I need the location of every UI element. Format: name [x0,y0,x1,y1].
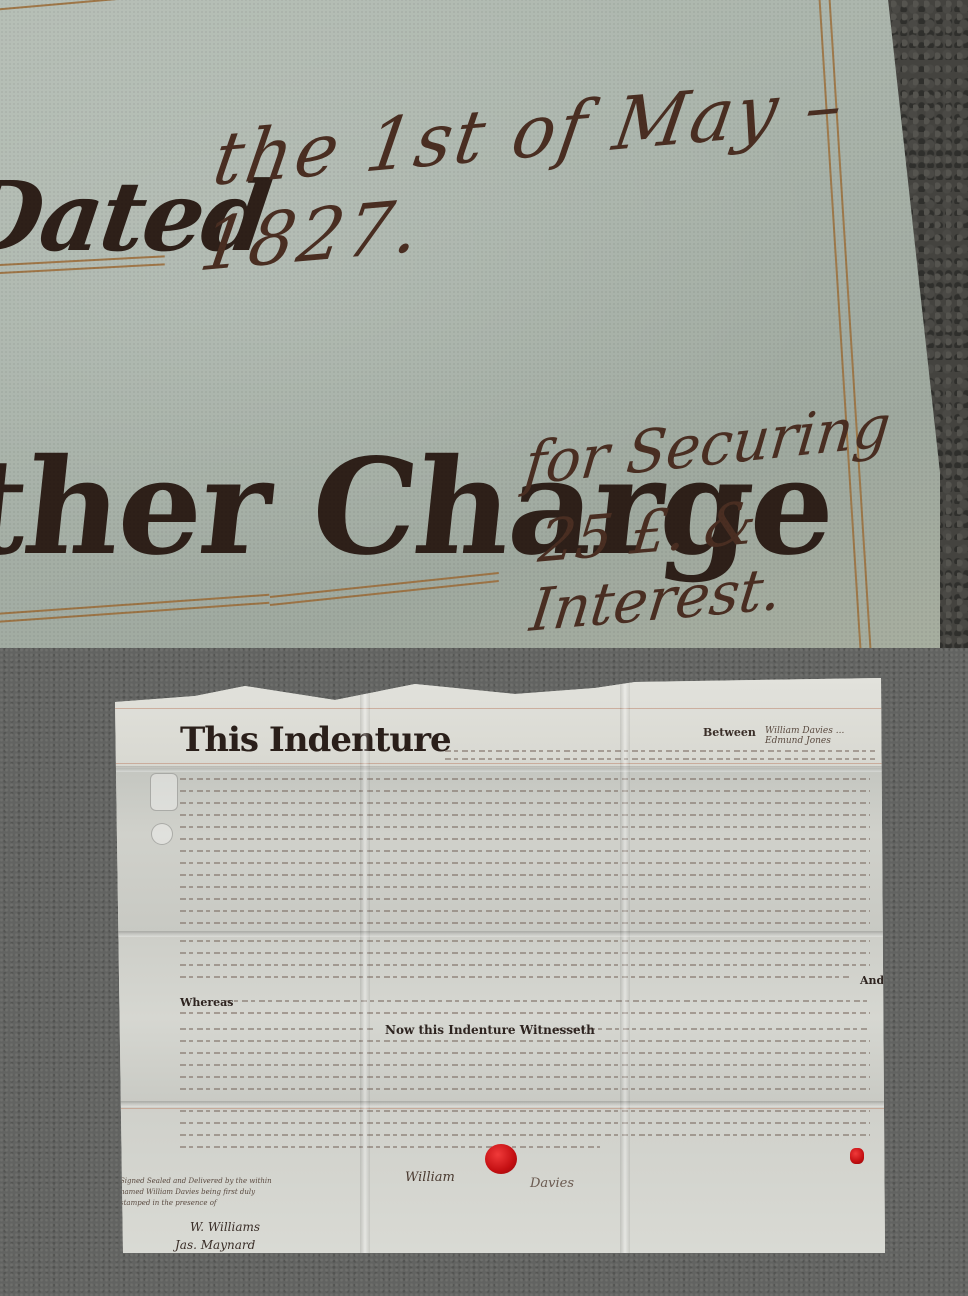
securing-text: for Securing [521,391,893,499]
witness-signature: Jas. Maynard [175,1238,255,1252]
dated-heading: Dated [0,160,276,273]
witnesseth-heading: Now this Indenture Witnesseth [385,1023,595,1037]
script-line [180,1028,375,1030]
script-line [180,790,870,792]
script-line [180,1088,870,1090]
script-line [180,1110,870,1112]
script-line [180,886,870,888]
script-line [445,758,875,760]
fold-crease [620,678,630,1253]
red-wax-seal [485,1144,517,1174]
signature-last-name: Davies [530,1176,574,1191]
underline-rule [270,580,499,606]
embossed-stamp [150,773,178,811]
date-text: the 1st of May – 1827. [194,53,950,288]
script-line [180,1040,870,1042]
script-line [180,898,870,900]
between-label: Between [703,726,756,739]
script-line [180,1146,600,1148]
script-line [180,964,870,966]
script-line [180,1134,870,1136]
script-line [180,874,870,876]
charge-heading: ther Charge [0,430,841,585]
attestation-clause: Signed Sealed and Delivered by the withi… [120,1176,280,1209]
duty-stamp [151,823,173,845]
script-line [180,940,870,942]
script-line [180,1064,870,1066]
deed-paper-closeup: Dated the 1st of May – 1827. ther Charge… [0,0,940,648]
script-line [180,910,870,912]
underline-rule [0,263,165,275]
amount-text: 25 £. & Interest. [527,472,947,645]
fold-crease [115,766,885,772]
fold-crease [115,931,885,937]
underline-rule [0,255,165,267]
script-line [180,826,870,828]
signature-first-name: William [405,1170,455,1185]
fold-crease [115,1101,885,1107]
closeup-photo: Dated the 1st of May – 1827. ther Charge… [0,0,968,648]
and-heading: And [860,974,884,987]
red-wax-seal-small [850,1148,864,1164]
script-line [180,814,870,816]
underline-rule [0,0,239,12]
script-line [180,1052,870,1054]
ruled-line [115,763,885,764]
script-line [225,1000,870,1002]
script-line [180,922,870,924]
script-line [180,838,870,840]
witness-signature: W. Williams [190,1220,260,1234]
script-line [180,862,870,864]
full-document-photo: This Indenture Between William Davies ..… [0,648,968,1296]
margin-rule [818,0,861,648]
script-line [180,976,850,978]
underline-rule [0,602,269,624]
script-line [180,1076,870,1078]
fold-crease [360,678,370,1253]
ruled-line [115,708,885,709]
script-line [180,1122,870,1124]
whereas-heading: Whereas [180,996,233,1009]
indenture-document: This Indenture Between William Davies ..… [115,678,885,1253]
script-line [180,778,870,780]
underline-rule [270,572,499,598]
script-line [445,750,875,752]
underline-rule [0,594,269,616]
script-line [555,1028,870,1030]
script-line [180,1012,870,1014]
indenture-title: This Indenture [180,720,451,760]
script-line [180,952,870,954]
party-names: William Davies ... Edmund Jones [765,726,885,746]
ruled-line [115,1108,885,1109]
script-line [180,850,870,852]
margin-rule [828,0,871,648]
script-line [180,802,870,804]
